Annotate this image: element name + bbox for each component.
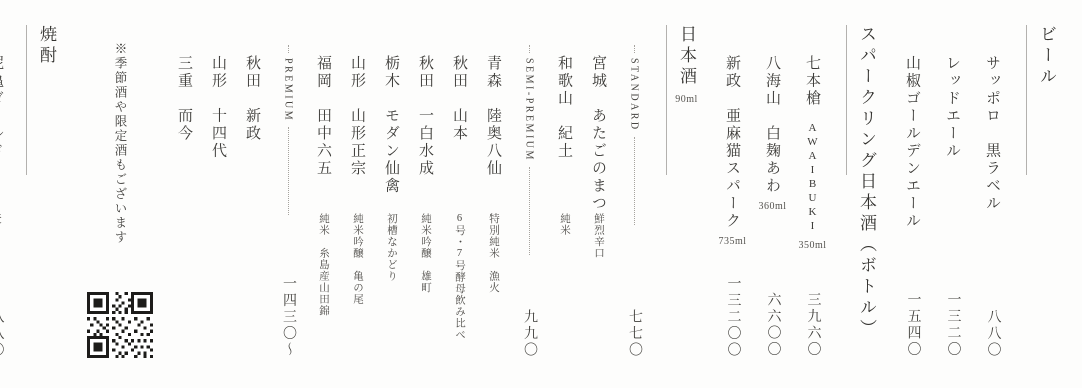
item-name: 秋田 新政 (242, 55, 263, 213)
menu-item-sparkling-aramasa: 新政 亜麻猫スパーク 735ml 一三二〇〇 (722, 22, 743, 358)
subsection-label: STANDARD (629, 58, 640, 132)
item-price: 三九六〇 (803, 292, 823, 358)
seasonal-note-column: ※季節酒や限定酒もございます (87, 22, 153, 358)
section-title-sparkling: スパークリング日本酒（ボトル） (854, 25, 879, 340)
item-price: 八八〇 (983, 309, 1003, 359)
item-name: サッポロ 黒ラベル (982, 55, 1003, 213)
drink-menu: ビール サッポロ 黒ラベル 八八〇 レッドエール 一三二〇 山椒ゴールデンエール… (0, 0, 1082, 388)
dotted-rule (634, 137, 635, 225)
item-name: 和歌山 紀土 (554, 55, 575, 213)
subsection-label: PREMIUM (283, 58, 294, 122)
section-title-beer: ビール (1034, 25, 1059, 88)
item-name: 山形 十四代 (208, 55, 229, 213)
item-price: 一五四〇 (903, 292, 923, 358)
menu-item-sake-atagonomatsu: 宮城 あたごのまつ 鮮烈辛口 (588, 22, 609, 358)
subsection-semi-premium: SEMI-PREMIUM 九九〇 (519, 22, 539, 358)
sake-title-wrap: 日本酒 90ml (674, 25, 699, 105)
item-sub: 純米吟醸 雄町 (418, 213, 433, 294)
dotted-rule (288, 45, 289, 53)
menu-item-sparkling-shichihonyari: 七本槍 AWAIBUKI 350ml 三九六〇 (802, 22, 823, 358)
qr-code (87, 292, 153, 358)
dotted-rule (288, 127, 289, 215)
subsection-price: 七七〇 (624, 309, 644, 359)
item-sub: 6号・7号酵母飲み比べ (452, 213, 467, 341)
dotted-rule (529, 167, 530, 255)
item-name: 青森 陸奥八仙 (483, 55, 504, 213)
subsection-price: 一四三〇〜 (278, 276, 298, 359)
menu-item-sparkling-hakkaisan: 八海山 白麹あわ 360ml 六六〇〇 (762, 22, 783, 358)
item-name: 山椒ゴールデンエール (902, 55, 923, 230)
item-sub: 純米 (557, 213, 572, 236)
menu-item-sake-kid: 和歌山 紀土 純米 (554, 22, 575, 358)
section-header-sparkling: スパークリング日本酒（ボトル） (846, 22, 879, 358)
item-sub: 鮮烈辛口 (591, 213, 606, 259)
item-volume: 735ml (712, 236, 754, 247)
menu-item-beer-sansho-golden-ale: 山椒ゴールデンエール 一五四〇 (902, 22, 923, 358)
menu-item-sake-aramasa: 秋田 新政 (242, 22, 263, 358)
item-name: レッドエール (942, 55, 963, 160)
section-header-sake: 日本酒 90ml (666, 22, 699, 358)
item-sub: 純米吟醸 亀の尾 (350, 213, 365, 305)
item-name: 秋田 一白水成 (415, 55, 436, 213)
menu-item-beer-red-ale: レッドエール 一三二〇 (942, 22, 963, 358)
menu-item-shochu-mugi: 泥亀ゴールド 麦 八八〇 (0, 22, 6, 358)
item-name: 宮城 あたごのまつ (588, 55, 609, 213)
item-name: 新政 亜麻猫スパーク (722, 55, 743, 230)
item-name: 福岡 田中六五 (313, 55, 334, 213)
item-name: 山形 山形正宗 (347, 55, 368, 213)
section-header-shochu: 焼酎 (26, 22, 59, 358)
sake-serving-size: 90ml (666, 94, 708, 105)
subsection-standard: STANDARD 七七〇 (624, 22, 644, 358)
menu-item-sake-tanaka-rokujugo: 福岡 田中六五 純米 糸島産山田錦 (313, 22, 334, 358)
item-name: 三重 而今 (174, 55, 195, 213)
item-sub: 麦 (0, 213, 3, 225)
subsection-premium: PREMIUM 一四三〇〜 (278, 22, 298, 358)
menu-item-sake-juyondai: 山形 十四代 (208, 22, 229, 358)
section-rule-beer (1026, 25, 1027, 175)
subsection-label: SEMI-PREMIUM (524, 58, 535, 162)
menu-item-sake-yamagata-masamune: 山形 山形正宗 純米吟醸 亀の尾 (347, 22, 368, 358)
seasonal-note: ※季節酒や限定酒もございます (111, 42, 129, 245)
item-sub: 特別純米 漁火 (486, 213, 501, 294)
item-name: 栃木 モダン仙禽 (381, 55, 402, 213)
dotted-rule (529, 45, 530, 53)
item-price: 八八〇 (0, 309, 6, 359)
item-price: 一三二〇 (943, 292, 963, 358)
menu-item-beer-sapporo: サッポロ 黒ラベル 八八〇 (982, 22, 1003, 358)
item-name: 秋田 山本 (449, 55, 470, 213)
item-price: 一三二〇〇 (723, 276, 743, 359)
section-title-shochu: 焼酎 (34, 25, 59, 67)
menu-item-sake-ippakusuisei: 秋田 一白水成 純米吟醸 雄町 (415, 22, 436, 358)
item-sub: 初槽なかどり (384, 213, 399, 282)
section-rule-sparkling (846, 25, 847, 175)
item-name: 七本槍 (802, 55, 823, 108)
menu-item-sake-yamamoto: 秋田 山本 6号・7号酵母飲み比べ (449, 22, 470, 358)
menu-item-sake-mutsuhassen: 青森 陸奥八仙 特別純米 漁火 (483, 22, 504, 358)
item-latin-name: AWAIBUKI (807, 122, 819, 234)
item-name: 八海山 白麹あわ (762, 55, 783, 195)
menu-item-sake-modern-senkin: 栃木 モダン仙禽 初槽なかどり (381, 22, 402, 358)
section-rule-shochu (26, 25, 27, 175)
item-volume: 350ml (792, 240, 834, 251)
item-price: 六六〇〇 (763, 292, 783, 358)
item-sub: 純米 糸島産山田錦 (316, 213, 331, 317)
section-header-beer: ビール (1026, 22, 1059, 358)
item-volume: 360ml (752, 201, 794, 212)
section-title-sake: 日本酒 (674, 25, 699, 88)
item-name: 泥亀ゴールド (0, 55, 6, 213)
subsection-price: 九九〇 (519, 309, 539, 359)
dotted-rule (634, 45, 635, 53)
menu-item-sake-jikon: 三重 而今 (174, 22, 195, 358)
